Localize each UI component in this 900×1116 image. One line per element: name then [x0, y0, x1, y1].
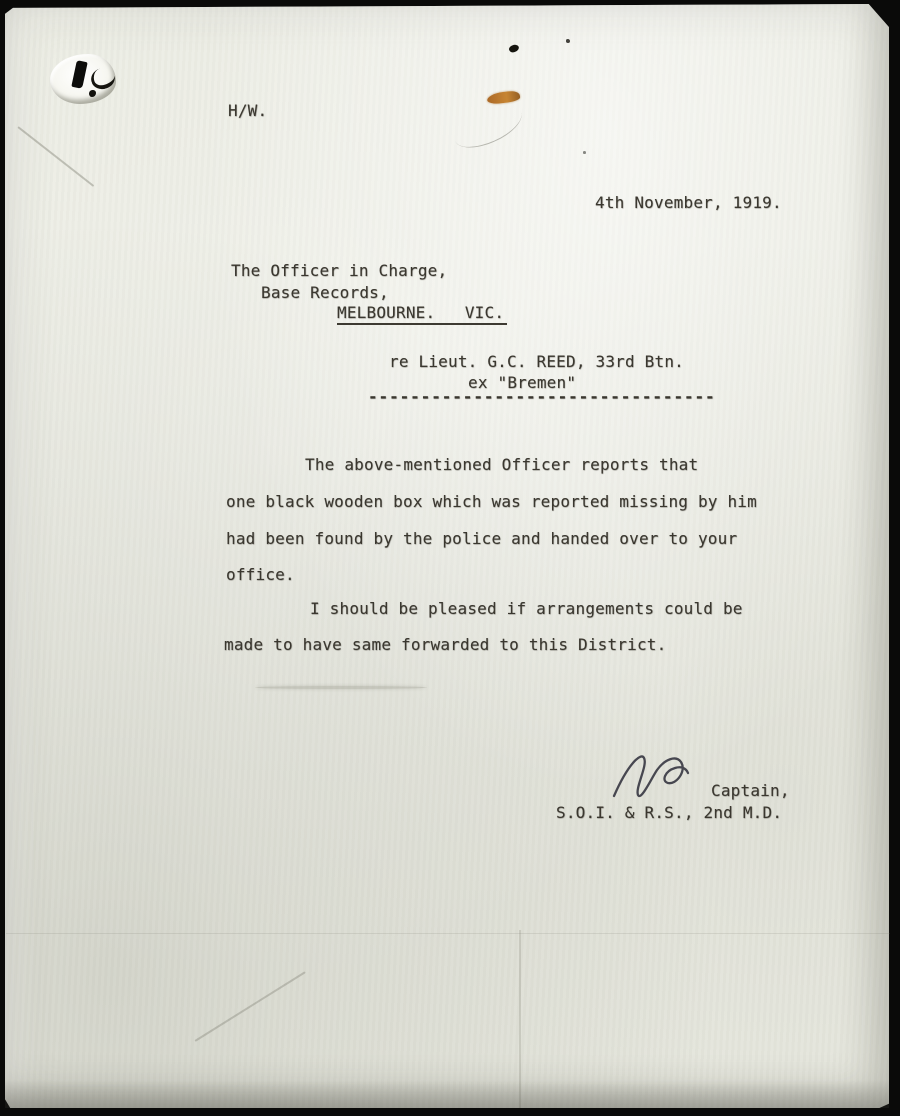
body-line-4: office.: [226, 565, 295, 584]
body-line-6: made to have same forwarded to this Dist…: [224, 635, 666, 654]
subject-line-1: re Lieut. G.C. REED, 33rd Btn.: [389, 352, 684, 371]
punch-hole-tear: [50, 54, 116, 104]
recipient-line-1: The Officer in Charge,: [231, 261, 447, 280]
signature-rank: Captain,: [711, 781, 790, 800]
ink-speck: [566, 39, 570, 43]
recipient-line-2: Base Records,: [261, 283, 389, 302]
date-line: 4th November, 1919.: [595, 193, 782, 212]
body-line-3: had been found by the police and handed …: [226, 529, 737, 548]
subject-underline: ---------------------------------: [368, 387, 716, 406]
scanned-letter: H/W. 4th November, 1919. The Officer in …: [0, 0, 900, 1116]
signature-initials: [608, 746, 702, 806]
body-line-1: The above-mentioned Officer reports that: [305, 455, 698, 474]
letter-page: [5, 4, 889, 1108]
signature-unit: S.O.I. & R.S., 2nd M.D.: [556, 803, 782, 822]
body-line-5: I should be pleased if arrangements coul…: [310, 599, 743, 618]
reference-mark: H/W.: [228, 101, 267, 120]
ink-speck: [583, 151, 586, 154]
recipient-line-3: MELBOURNE. VIC.: [337, 303, 507, 325]
body-line-2: one black wooden box which was reported …: [226, 492, 757, 511]
